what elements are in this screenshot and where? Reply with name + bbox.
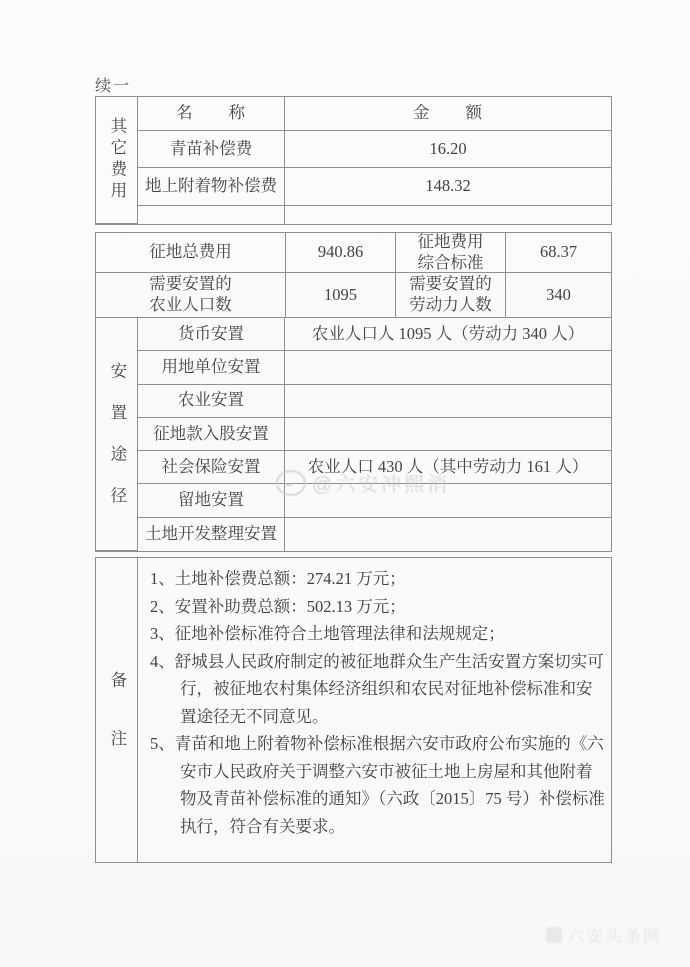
column-header-name: 名 称 — [138, 97, 285, 131]
remark-item: 4、舒城县人民政府制定的被征地群众生产生活安置方案切实可行，被征地农村集体经济组… — [150, 648, 605, 731]
resettlement-value — [285, 351, 611, 384]
resettlement-value: 农业人口人 1095 人（劳动力 340 人） — [285, 318, 611, 351]
resettlement-method: 货币安置 — [138, 318, 285, 351]
resettlement-method: 农业安置 — [138, 385, 285, 418]
agri-population-value: 1095 — [286, 273, 396, 317]
labor-count-label: 需要安置的 劳动力人数 — [396, 273, 506, 317]
total-cost-label: 征地总费用 — [96, 233, 286, 273]
resettlement-value — [285, 484, 611, 517]
labor-count-value: 340 — [506, 273, 611, 317]
watermark-logo-icon — [546, 927, 562, 943]
resettlement-value — [285, 385, 611, 418]
resettlement-method: 土地开发整理安置 — [138, 518, 285, 551]
resettlement-method: 征地款入股安置 — [138, 418, 285, 451]
remarks-content: 1、土地补偿费总额：274.21 万元； 2、安置补助费总额：502.13 万元… — [138, 558, 611, 862]
comprehensive-standard-value: 68.37 — [506, 233, 611, 273]
resettlement-row-header: 安置途径 — [96, 318, 138, 551]
total-cost-value: 940.86 — [286, 233, 396, 273]
other-fees-row-header: 其它费用 — [96, 97, 138, 224]
resettlement-value — [285, 518, 611, 551]
fee-name-empty — [138, 206, 285, 224]
remark-item: 2、安置补助费总额：502.13 万元； — [150, 593, 605, 621]
remark-item: 5、青苗和地上附着物补偿标准根据六安市政府公布实施的《六安市人民政府关于调整六安… — [150, 730, 605, 840]
resettlement-value: 农业人口 430 人（其中劳动力 161 人） — [285, 451, 611, 484]
resettlement-method: 社会保险安置 — [138, 451, 285, 484]
scanned-document-page: 续一 其它费用 名 称 金 额 青苗补偿费 16.20 地上附着物补偿费 148… — [0, 0, 690, 967]
comprehensive-standard-label: 征地费用 综合标准 — [396, 233, 506, 273]
watermark-text: 六安头条网 — [567, 922, 662, 947]
fee-amount-empty — [285, 206, 611, 224]
column-header-amount: 金 额 — [285, 97, 611, 131]
agri-population-label: 需要安置的 农业人口数 — [96, 273, 286, 317]
bottom-right-watermark: 六安头条网 — [546, 922, 662, 947]
remarks-section: 备注 1、土地补偿费总额：274.21 万元； 2、安置补助费总额：502.13… — [95, 557, 612, 863]
other-fees-table: 其它费用 名 称 金 额 青苗补偿费 16.20 地上附着物补偿费 148.32 — [95, 96, 612, 225]
resettlement-value — [285, 418, 611, 451]
remarks-row-header: 备注 — [96, 558, 138, 862]
resettlement-table: 安置途径 货币安置 农业人口人 1095 人（劳动力 340 人） 用地单位安置… — [95, 317, 612, 552]
resettlement-method: 用地单位安置 — [138, 351, 285, 384]
fee-amount: 16.20 — [285, 131, 611, 168]
remark-item: 3、征地补偿标准符合土地管理法律和法规规定； — [150, 620, 605, 648]
fee-name: 地上附着物补偿费 — [138, 168, 285, 206]
continuation-label: 续一 — [95, 73, 131, 96]
totals-table: 征地总费用 940.86 征地费用 综合标准 68.37 需要安置的 农业人口数… — [95, 232, 612, 318]
resettlement-method: 留地安置 — [138, 484, 285, 517]
fee-amount: 148.32 — [285, 168, 611, 206]
fee-name: 青苗补偿费 — [138, 131, 285, 168]
remark-item: 1、土地补偿费总额：274.21 万元； — [150, 565, 605, 593]
